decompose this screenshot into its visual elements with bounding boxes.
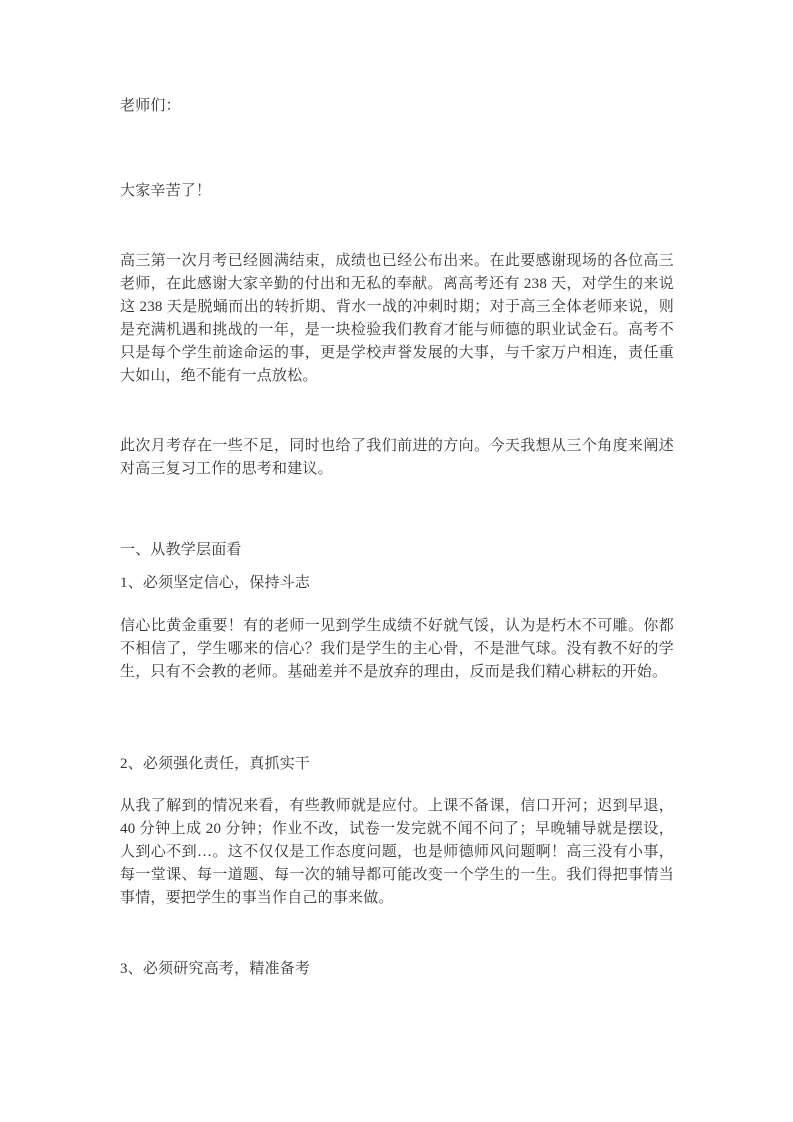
point-2-heading: 2、必须强化责任，真抓实干 <box>120 753 674 776</box>
salutation-line: 老师们： <box>120 95 674 118</box>
point-1-heading: 1、必须坚定信心，保持斗志 <box>120 572 674 595</box>
document-page: 老师们： 大家辛苦了！ 高三第一次月考已经圆满结束，成绩也已经公布出来。在此要感… <box>0 0 793 1122</box>
greeting-line: 大家辛苦了！ <box>120 180 674 203</box>
intro-paragraph: 高三第一次月考已经圆满结束，成绩也已经公布出来。在此要感谢现场的各位高三老师，在… <box>120 250 674 388</box>
point-3-heading: 3、必须研究高考，精准备考 <box>120 958 674 981</box>
point-1-paragraph: 信心比黄金重要！有的老师一见到学生成绩不好就气馁，认为是朽木不可雕。你都不相信了… <box>120 615 674 684</box>
transition-paragraph: 此次月考存在一些不足，同时也给了我们前进的方向。今天我想从三个角度来阐述对高三复… <box>120 435 674 481</box>
section-1-heading: 一、从教学层面看 <box>120 539 674 562</box>
point-2-paragraph: 从我了解到的情况来看，有些教师就是应付。上课不备课，信口开河；迟到早退，40 分… <box>120 795 674 910</box>
